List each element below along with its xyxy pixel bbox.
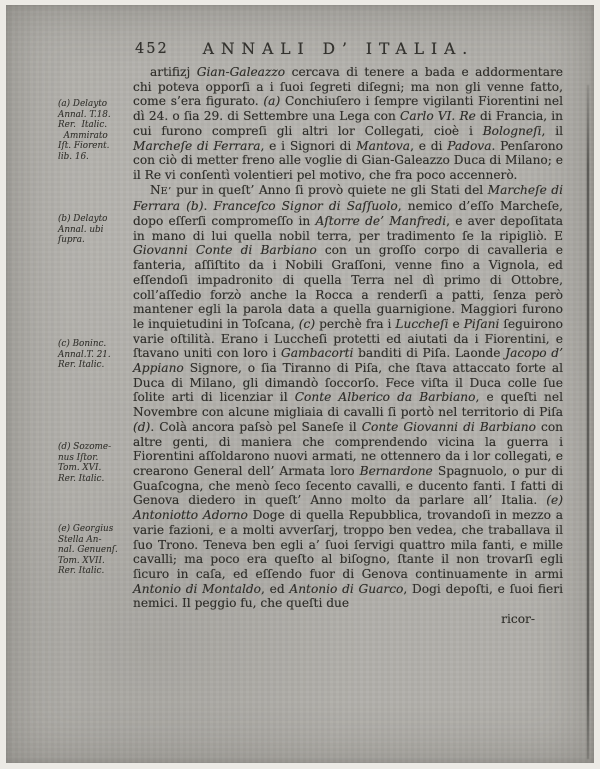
margin-note-a: (a) Delayto Annal. T.18. Rer. Italic. Am… (58, 99, 134, 163)
margin-note-b: (b) Delayto Annal. ubi ſupra. (58, 214, 134, 246)
margin-note-e: (e) Georgius Stella An- nal. Genuenſ. To… (58, 524, 134, 577)
page-title: ANNALI D’ ITALIA. (171, 40, 506, 58)
paragraph-2: NE’ pur in queſt’ Anno ſi provò quiete n… (133, 183, 563, 611)
paragraph-1: artifizj Gian-Galeazzo cercava di tenere… (133, 65, 563, 183)
catchword: ricor- (133, 612, 563, 627)
margin-note-c: (c) Boninc. Annal.T. 21. Rer. Italic. (58, 339, 134, 371)
margin-note-d: (d) Sozome- nus Iſtor. Tom. XVI. Rer. It… (58, 442, 134, 484)
paper: 452 ANNALI D’ ITALIA. (a) Delayto Annal.… (6, 5, 594, 763)
scanned-page: 452 ANNALI D’ ITALIA. (a) Delayto Annal.… (0, 0, 600, 769)
page-edge-shadow (587, 85, 589, 759)
body-text: artifizj Gian-Galeazzo cercava di tenere… (133, 65, 563, 627)
page-number: 452 (135, 41, 169, 57)
